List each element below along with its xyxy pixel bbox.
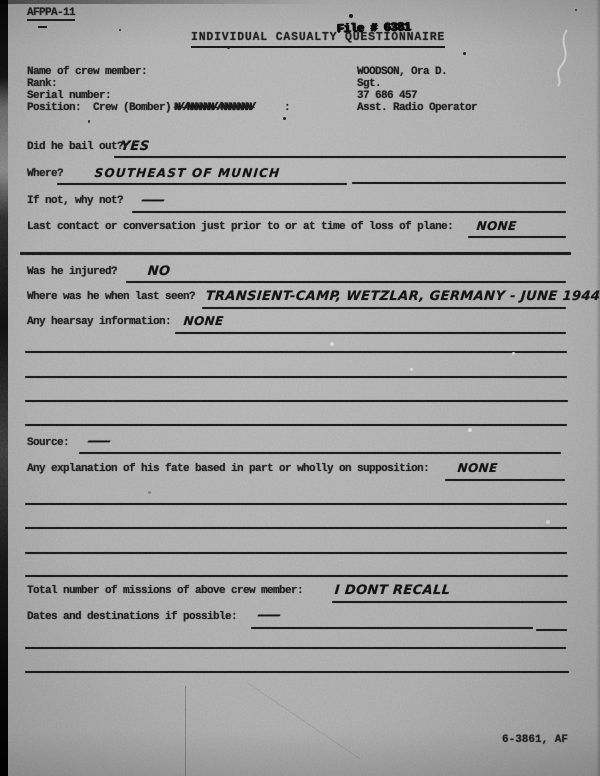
scan-edge-top [0,0,320,4]
answer-line [536,629,567,631]
paper-fleck [546,520,550,524]
q-if-not-label: If not, why not? [27,195,123,207]
q-where-answer: SOUTHEAST OF MUNICH [94,166,281,180]
serial-value: 37 686 457 [357,90,417,102]
answer-line [79,452,561,454]
name-label: Name of crew member: [27,66,147,78]
answer-line [468,236,566,238]
q-hearsay-label: Any hearsay information: [27,316,171,328]
dust-speck [575,9,577,11]
q-injured-answer: NO [147,264,171,279]
paper-fleck [330,342,334,346]
answer-line [57,183,347,185]
fold-line [185,686,186,776]
blank-line [25,575,568,577]
answer-line [202,307,566,309]
film-grain-overlay [0,0,600,776]
scratch-mark [545,28,585,88]
dust-speck [349,14,353,18]
q-dates-answer: — [254,608,286,623]
answer-line [114,156,566,158]
dust-speck [463,52,466,55]
blank-line [25,671,569,673]
position-strikeout: N//NNNNNN//NNNNNNN/ [174,102,254,114]
q-source-answer: — [84,434,116,449]
q-source-label: Source: [27,437,69,449]
paper-fleck [468,428,472,432]
q-hearsay-answer: NONE [183,314,224,328]
dust-speck [88,120,90,123]
blank-line [25,351,567,353]
rank-value: Sgt. [357,78,381,90]
blank-line [25,376,567,378]
position-value: Asst. Radio Operator [357,102,477,114]
blank-line [25,527,567,529]
blank-line [25,424,567,426]
q-if-not-answer: — [138,193,170,208]
scratch-mark [246,682,360,759]
q-last-contact-answer: NONE [476,219,517,233]
scan-edge-right [596,0,600,776]
paper-fleck [410,368,413,371]
answer-line [175,332,566,334]
paper-fleck [512,352,515,355]
document-number: 6-3861, AF [502,734,568,746]
q-bail-out-answer: YES [120,139,150,154]
q-where-label: Where? [27,168,63,180]
answer-line [352,182,566,184]
q-bail-out-label: Did he bail out? [27,141,123,153]
q-supposition-label: Any explanation of his fate based in par… [27,463,429,475]
dust-speck [283,117,286,120]
blank-line [25,647,566,649]
position-label: Position: Crew (Bomber) [27,102,171,114]
dust-speck [227,46,230,49]
q-dates-label: Dates and destinations if possible: [27,611,237,623]
blank-line [25,400,568,402]
stray-mark [38,26,47,28]
blank-line [25,552,567,554]
q-missions-answer: I DONT RECALL [334,583,451,598]
dust-speck [148,491,151,494]
name-value: WOODSON, Ora D. [357,66,447,78]
section-divider-line [20,252,571,255]
rank-label: Rank: [27,78,57,90]
form-code: AFPPA-11 [27,7,75,21]
scan-edge-left [0,0,8,776]
answer-line [132,211,566,213]
blank-line [25,503,567,505]
answer-line [445,479,565,481]
q-last-seen-answer: TRANSIENT-CAMP, WETZLAR, GERMANY - JUNE … [205,289,600,304]
q-missions-label: Total number of missions of above crew m… [27,585,303,597]
q-supposition-answer: NONE [457,461,498,475]
casualty-questionnaire-document: AFPPA-11 File # 6381 INDIVIDUAL CASUALTY… [0,0,600,776]
q-injured-label: Was he injured? [27,266,117,278]
answer-line [126,281,566,283]
q-last-seen-label: Where was he when last seen? [27,291,195,303]
scan-vignette [0,0,600,776]
q-last-contact-label: Last contact or conversation just prior … [27,221,453,233]
position-colon: : [284,102,290,114]
serial-label: Serial number: [27,90,111,102]
answer-line [332,601,567,603]
answer-line [251,627,533,629]
dust-speck [119,29,121,31]
